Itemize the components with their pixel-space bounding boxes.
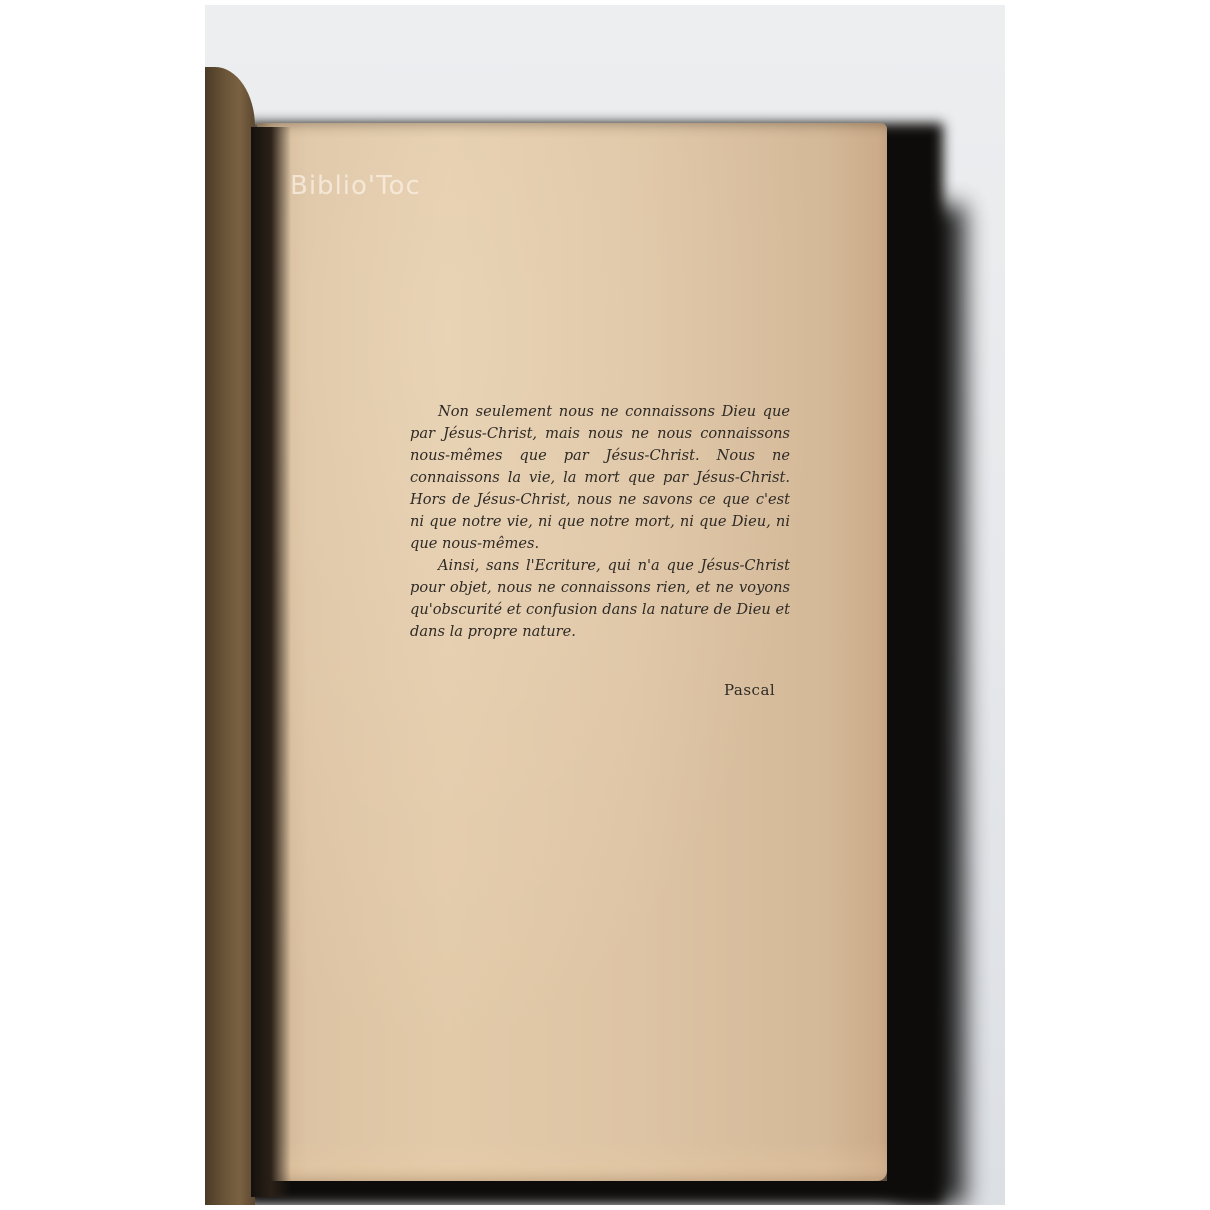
book-photo: Biblio'Toc Non seulement nous ne connais… [205, 5, 1005, 1205]
book-page: Biblio'Toc Non seulement nous ne connais… [257, 123, 887, 1181]
watermark-logo: Biblio'Toc [290, 171, 421, 201]
quote-author: Pascal [724, 681, 775, 699]
book-cover [205, 67, 255, 1205]
page-bottom-edge [257, 1141, 887, 1181]
epigraph-quote: Non seulement nous ne connaissons Dieu q… [410, 401, 790, 643]
quote-paragraph-2: Ainsi, sans l'Ecriture, qui n'a que Jésu… [410, 555, 790, 643]
quote-paragraph-1: Non seulement nous ne connaissons Dieu q… [410, 401, 790, 555]
book-gutter [251, 127, 291, 1197]
